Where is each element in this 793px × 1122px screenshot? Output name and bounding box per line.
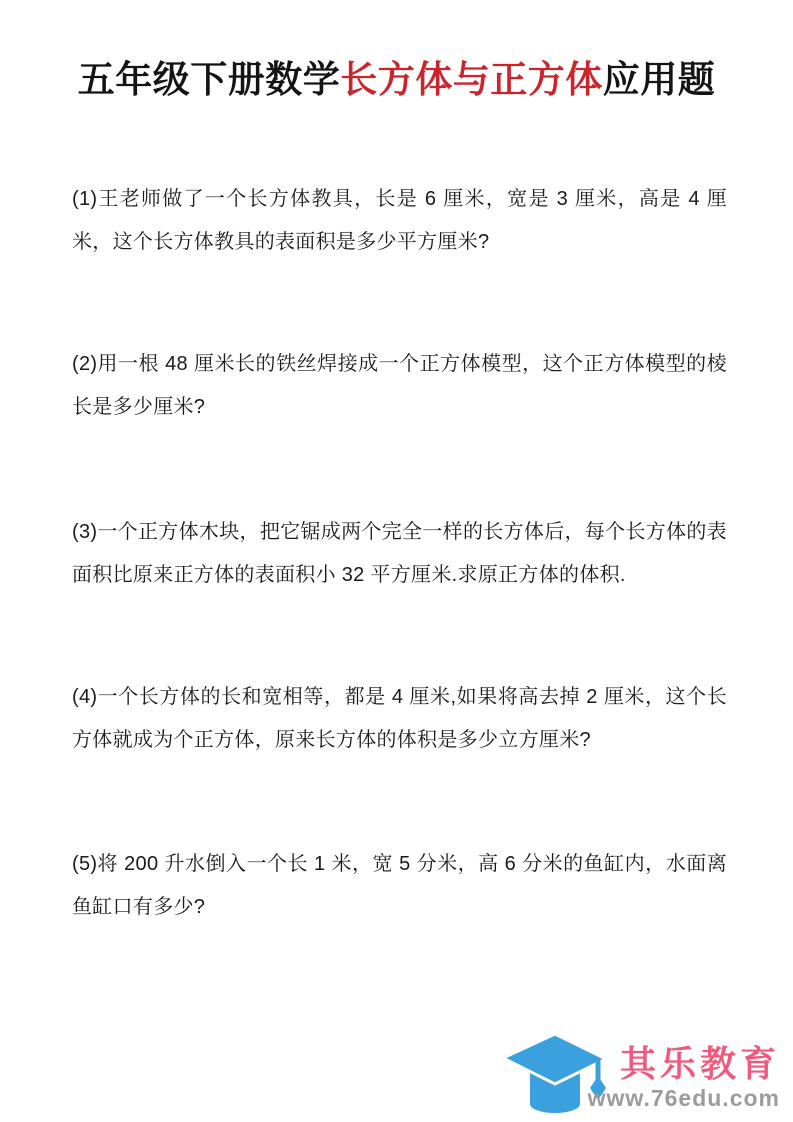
logo-text-block: 其乐教育 www.76edu.com [588, 1044, 780, 1110]
brand-name: 其乐教育 [588, 1044, 780, 1084]
site-url: www.76edu.com [588, 1086, 780, 1110]
problem-item-3: (3)一个正方体木块，把它锯成两个完全一样的长方体后，每个长方体的表面积比原来正… [72, 511, 727, 597]
page-title: 五年级下册数学长方体与正方体应用题 [0, 58, 793, 102]
problem-item-1: (1)王老师做了一个长方体教具，长是 6 厘米，宽是 3 厘米，高是 4 厘米，… [72, 178, 727, 264]
title-suffix: 应用题 [603, 59, 716, 100]
title-prefix: 五年级下册数学 [78, 59, 341, 100]
problem-item-4: (4)一个长方体的长和宽相等，都是 4 厘米,如果将高去掉 2 厘米，这个长方体… [72, 676, 727, 762]
problem-item-5: (5)将 200 升水倒入一个长 1 米，宽 5 分米，高 6 分米的鱼缸内，水… [72, 843, 727, 929]
title-highlight: 长方体与正方体 [340, 59, 603, 100]
problem-item-2: (2)用一根 48 厘米长的铁丝焊接成一个正方体模型，这个正方体模型的棱长是多少… [72, 343, 727, 429]
worksheet-page: 五年级下册数学长方体与正方体应用题 (1)王老师做了一个长方体教具，长是 6 厘… [0, 0, 793, 1122]
